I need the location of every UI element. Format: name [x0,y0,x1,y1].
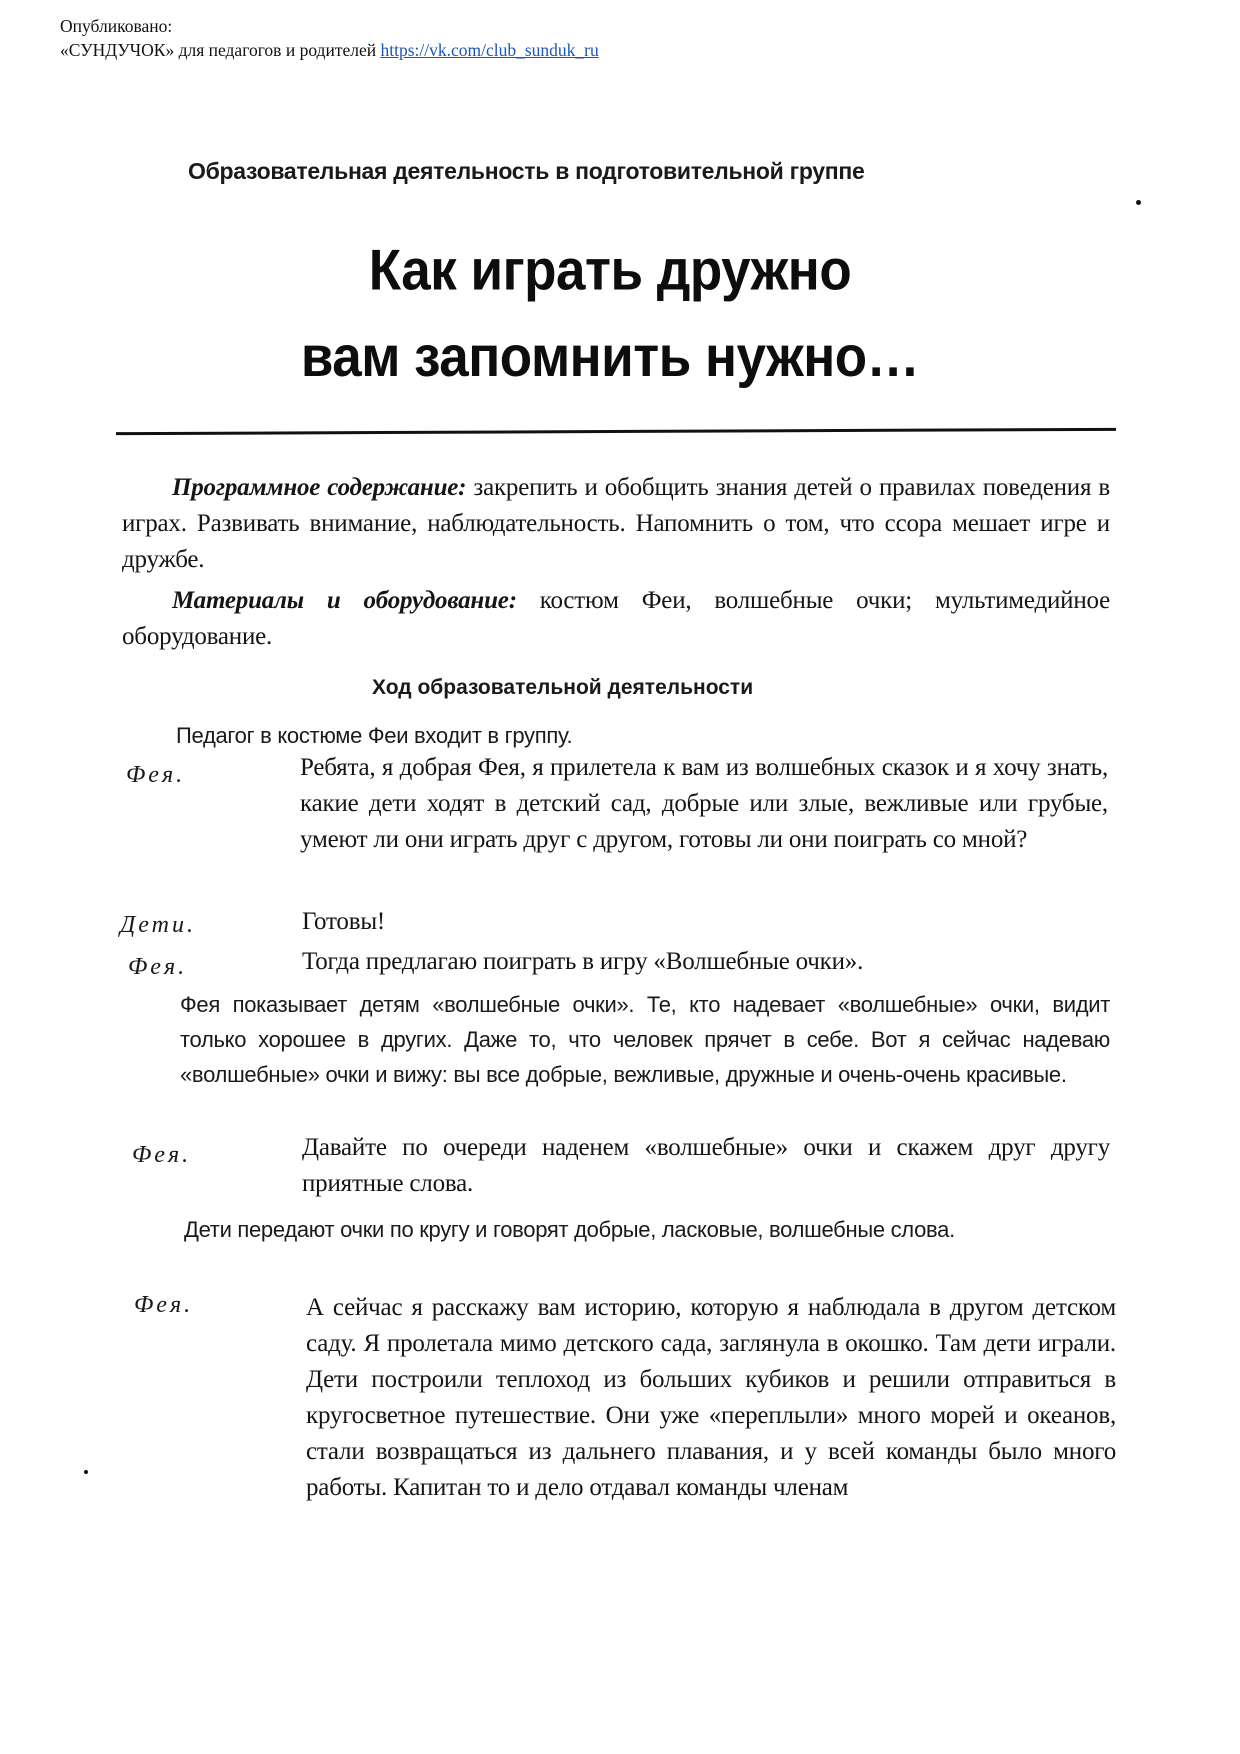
program-content-label: Программное содержание: [172,474,466,501]
stage-direction: Педагог в костюме Феи входит в группу. [176,718,572,753]
speech-text: Тогда предлагаю поиграть в игру «Волшебн… [302,944,1110,980]
speaker-label: Фея. [126,762,185,789]
scan-speck [84,1470,88,1474]
title-line-2: вам запомнить нужно… [200,314,1020,400]
document-title: Как играть дружно вам запомнить нужно… [200,228,1020,401]
document-subtitle: Образовательная деятельность в подготови… [188,158,1048,185]
section-heading: Ход образовательной деятельности [372,676,753,700]
speaker-label: Фея. [132,1142,191,1169]
title-divider [116,428,1116,435]
source-text: «СУНДУЧОК» для педагогов и родителей [60,40,376,60]
program-content-paragraph: Программное содержание: закрепить и обоб… [122,470,1110,578]
speech-text: Ребята, я добрая Фея, я прилетела к вам … [300,750,1108,858]
source-link[interactable]: https://vk.com/club_sunduk_ru [381,40,599,60]
materials-label: Материалы и оборудование: [172,587,517,614]
materials-paragraph: Материалы и оборудование: костюм Феи, во… [122,583,1110,655]
source-line: «СУНДУЧОК» для педагогов и родителей htt… [60,38,599,62]
speaker-label: Фея. [128,954,187,981]
speech-text: Готовы! [302,904,1110,940]
speech-text: Давайте по очереди наденем «волшебные» о… [302,1130,1110,1202]
stage-note: Фея показывает детям «волшебные очки». Т… [180,987,1110,1092]
stage-note: Дети передают очки по кругу и говорят до… [184,1212,1110,1247]
publication-header: Опубликовано: «СУНДУЧОК» для педагогов и… [60,14,599,62]
speaker-label: Дети. [120,912,196,939]
scan-speck [1136,200,1141,205]
speech-text: А сейчас я расскажу вам историю, которую… [306,1290,1116,1506]
published-label: Опубликовано: [60,14,599,38]
title-line-1: Как играть дружно [200,228,1020,314]
speaker-label: Фея. [134,1292,193,1319]
